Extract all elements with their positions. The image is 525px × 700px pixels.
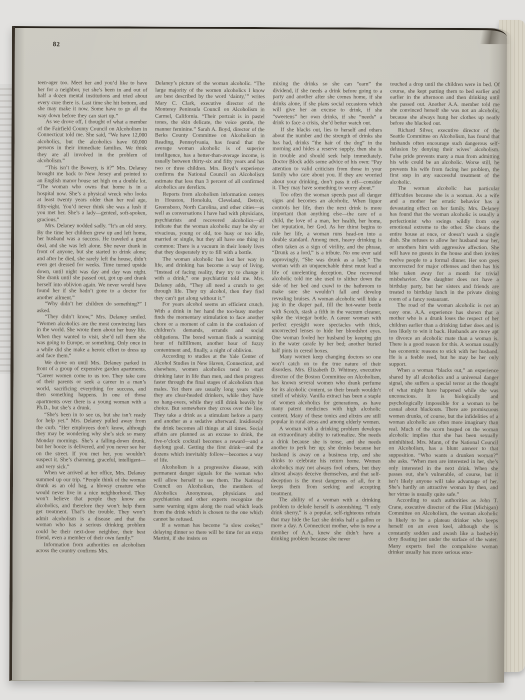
paragraph: Delaney’s picture of the woman alcoholic… [155, 81, 265, 192]
paragraph: When we arrived at her office, Mrs. Dela… [36, 470, 146, 542]
paragraph: When a woman “blacks out,” an experience… [388, 368, 498, 498]
paragraph: The woman alcoholic has lost her way in … [154, 256, 264, 302]
paragraph: If a woman has become “a slow cooker,” d… [153, 523, 263, 543]
paragraph: The ability of a woman with a drinking p… [271, 497, 381, 543]
text-column-4: touched a drop until the children were i… [388, 82, 500, 676]
article-columns: teen-ager too. Meet her and you’d like t… [35, 80, 500, 676]
paragraph: Too often the woman speeds past all dang… [272, 192, 382, 355]
paragraph: According to such authorities as John T.… [388, 498, 498, 557]
paragraph: The road of the woman alcoholic is not a… [389, 303, 499, 368]
paragraph: Mrs. Delaney nodded sadly. “It’s an old … [37, 223, 147, 301]
paragraph: According to studies at the Yale Center … [154, 354, 264, 465]
text-column-3: mixing the drinks so she can “earn” the … [270, 81, 382, 675]
text-column-1: teen-ager too. Meet her and you’d like t… [35, 80, 147, 674]
paragraph: For years alcohol seems an efficient cru… [154, 302, 264, 354]
paragraph: “This isn’t the Bowery, is it?” Mrs. Del… [37, 165, 147, 224]
paragraph: A woman with a drinking problem develops… [271, 426, 381, 498]
paragraph: “They didn’t know,” Mrs. Delaney smiled.… [37, 314, 147, 360]
paragraph: Many women keep changing doctors so one … [271, 354, 381, 426]
paragraph: Information from authorities on alcoholi… [36, 542, 146, 555]
paragraph: Alcoholism is a progressive disease, wit… [153, 464, 263, 523]
paragraph: If she blacks out, lies to herself and o… [272, 127, 382, 192]
paragraph: We drove on until Mrs. Delaney parked in… [36, 360, 146, 412]
paragraph: touched a drop until the children were i… [390, 82, 500, 128]
text-column-2: Delaney’s picture of the woman alcoholic… [153, 81, 265, 675]
paragraph: teen-ager too. Meet her and you’d like t… [38, 80, 148, 119]
paragraph: “She’s been in to see us, but she isn’t … [36, 412, 146, 471]
scanned-book-photo: 82 teen-ager too. Meet her and you’d lik… [0, 0, 525, 700]
paragraph: Reports from alcoholism information cent… [154, 191, 264, 256]
paragraph: mixing the drinks so she can “earn” the … [273, 81, 383, 127]
paragraph: “Why didn’t her children do something?” … [37, 301, 147, 314]
magazine-page: 82 teen-ager too. Meet her and you’d lik… [9, 26, 507, 683]
paragraph: As we drove off, I thought of what a mem… [37, 119, 147, 165]
paragraph: The woman alcoholic has particular diffi… [389, 186, 499, 303]
paragraph: Richard Silver, executive director of th… [390, 127, 500, 186]
page-number: 82 [53, 41, 60, 48]
